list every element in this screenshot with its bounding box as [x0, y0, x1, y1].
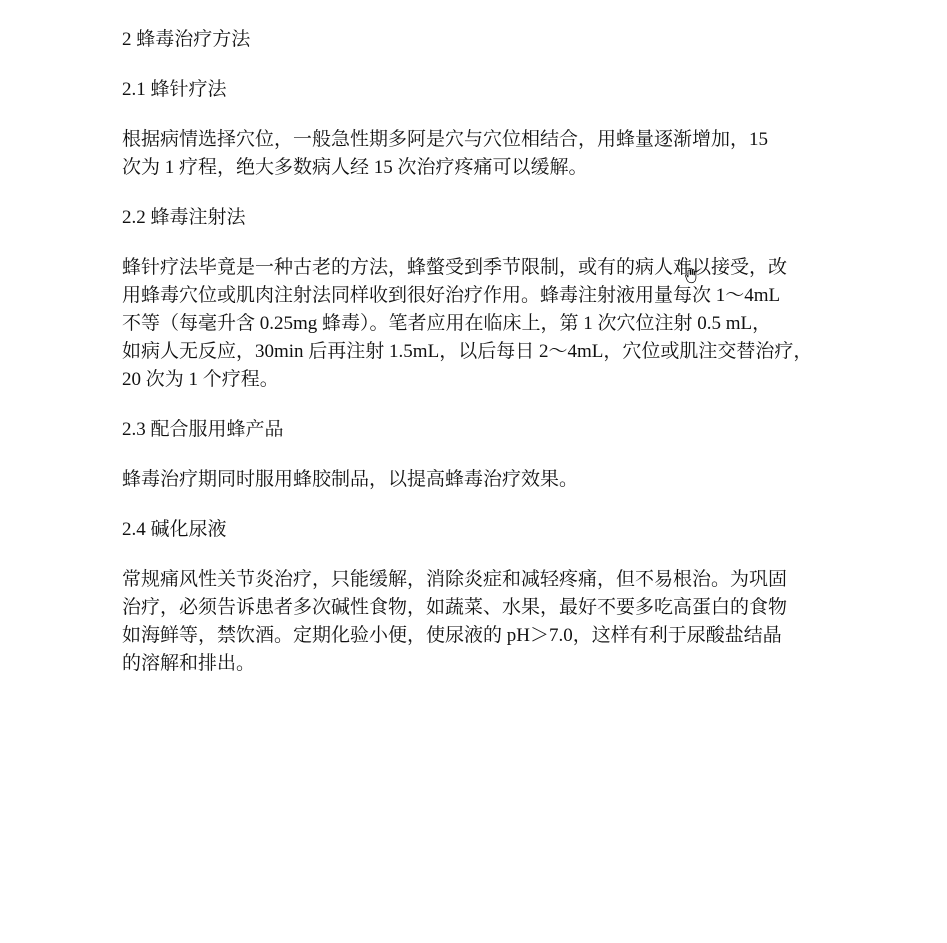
section-heading-2-2: 2.2 蜂毒注射法 — [122, 204, 846, 232]
section-heading-2-1: 2.1 蜂针疗法 — [122, 76, 846, 104]
paragraph-bee-products: 蜂毒治疗期同时服用蜂胶制品，以提高蜂毒治疗效果。 — [122, 466, 846, 494]
section-heading-2-4: 2.4 碱化尿液 — [122, 516, 846, 544]
section-heading-2-3: 2.3 配合服用蜂产品 — [122, 416, 846, 444]
section-heading-2: 2 蜂毒治疗方法 — [122, 26, 846, 54]
document-page[interactable]: 2 蜂毒治疗方法 2.1 蜂针疗法 根据病情选择穴位，一般急性期多阿是穴与穴位相… — [0, 0, 947, 943]
paragraph-alkalize-urine: 常规痛风性关节炎治疗，只能缓解，消除炎症和减轻疼痛，但不易根治。为巩固 治疗，必… — [122, 566, 846, 678]
document-content: 2 蜂毒治疗方法 2.1 蜂针疗法 根据病情选择穴位，一般急性期多阿是穴与穴位相… — [122, 26, 846, 700]
paragraph-venom-injection: 蜂针疗法毕竟是一种古老的方法，蜂螫受到季节限制，或有的病人难以接受，改 用蜂毒穴… — [122, 254, 846, 394]
paragraph-bee-sting-therapy: 根据病情选择穴位，一般急性期多阿是穴与穴位相结合，用蜂量逐渐增加，15 次为 1… — [122, 126, 846, 182]
